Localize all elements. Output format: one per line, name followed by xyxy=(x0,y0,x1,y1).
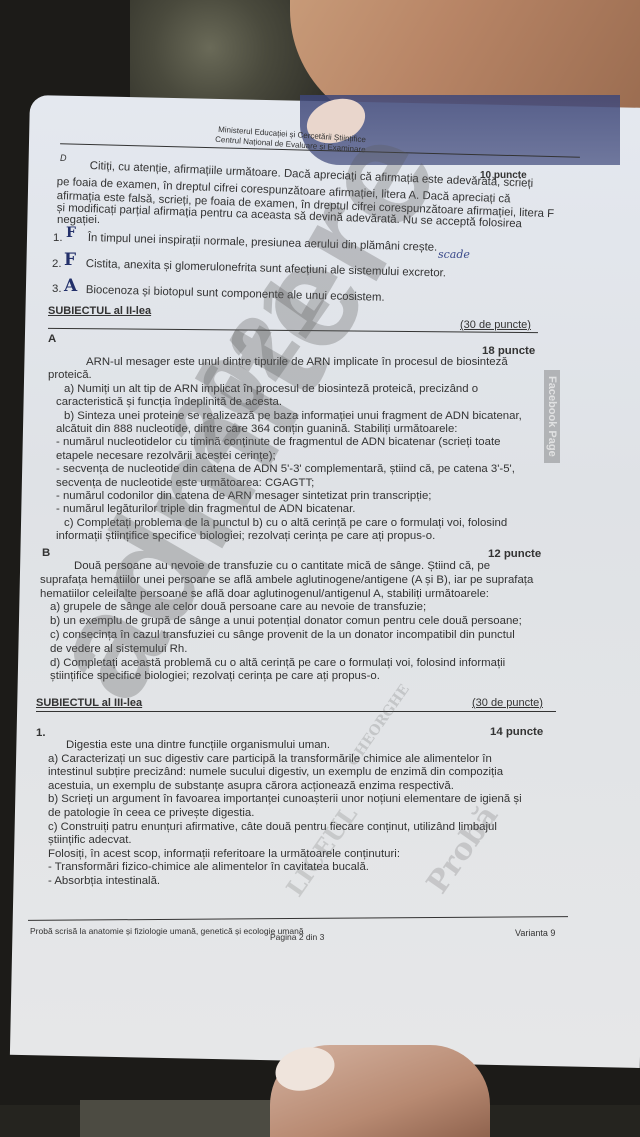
body-text-line: c) Construiți patru enunțuri afirmative,… xyxy=(48,821,497,833)
body-text-line: proteică. xyxy=(48,369,92,381)
body-text-line: b) Scrieți un argument în favoarea impor… xyxy=(48,793,522,805)
item-number: 2. xyxy=(52,258,62,270)
exam-content: Ministerul Educației și Cercetării Știin… xyxy=(0,0,640,1137)
handwritten-note: scade xyxy=(438,248,470,261)
subject-3-points: (30 de puncte) xyxy=(472,697,543,709)
body-text-line: a) Caracterizați un suc digestiv care pa… xyxy=(48,753,492,765)
section-marker: D xyxy=(60,153,67,163)
subject-2-title: SUBIECTUL al II-lea xyxy=(48,305,151,317)
body-text-line: Folosiți, în acest scop, informații refe… xyxy=(48,848,400,860)
q1-label: 1. xyxy=(36,727,46,739)
body-text-line: - Absorbția intestinală. xyxy=(48,875,160,887)
instruction-line: negației. xyxy=(57,214,100,226)
subject-2-points: (30 de puncte) xyxy=(460,319,531,331)
handwritten-mark: F xyxy=(64,250,76,270)
part-b-label: B xyxy=(42,547,50,559)
body-text-line: acestuia, un exemplu de substanțe asupra… xyxy=(48,780,454,792)
handwritten-mark: A xyxy=(64,276,77,296)
background-rock-bottom xyxy=(80,1100,280,1137)
body-text-line: de patologie în ceea ce privește digesti… xyxy=(48,807,254,819)
subject-3-divider xyxy=(36,711,556,712)
body-text-line: științific adecvat. xyxy=(48,834,132,846)
footer-left: Probă scrisă la anatomie și fiziologie u… xyxy=(30,926,304,936)
part-b-points: 12 puncte xyxy=(488,548,541,560)
footer-variant: Varianta 9 xyxy=(515,928,555,938)
footer-page: Pagina 2 din 3 xyxy=(270,932,324,942)
watermark: Probă xyxy=(420,799,505,900)
watermark-facebook: Facebook Page xyxy=(544,370,560,463)
q1-points: 14 puncte xyxy=(490,726,543,738)
body-text-line: intestinul subțire precizând: numele suc… xyxy=(48,766,503,778)
item-number: 1. xyxy=(53,232,63,244)
body-text-line: Digestia este una dintre funcțiile organ… xyxy=(66,739,330,751)
item-number: 3. xyxy=(52,283,62,295)
footer-divider xyxy=(28,916,568,921)
part-a-label: A xyxy=(48,333,56,345)
handwritten-mark: F xyxy=(66,225,76,241)
